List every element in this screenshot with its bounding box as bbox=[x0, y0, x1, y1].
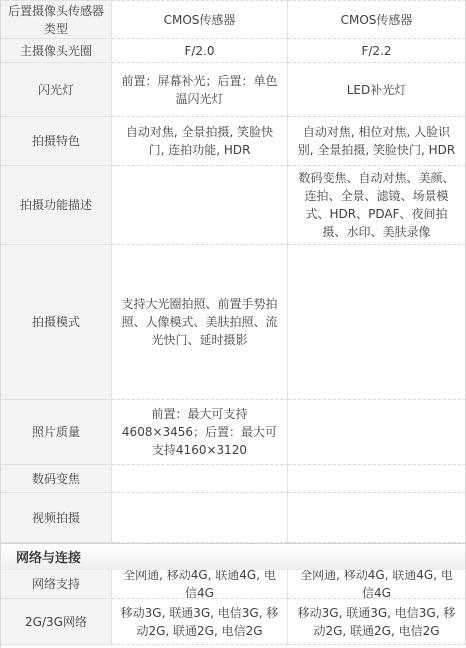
spec-comparison-table: 后置摄像头传感器类型 CMOS传感器 CMOS传感器 主摄像头光圈 F/2.0 … bbox=[0, 0, 466, 648]
row-label: 拍摄功能描述 bbox=[1, 166, 112, 245]
phone1-value: 支持大光圈拍照、前置手势拍照、人像模式、美肤拍照、流光快门、延时摄影 bbox=[112, 245, 288, 400]
phone1-value bbox=[112, 493, 288, 543]
phone2-value: CMOS传感器 bbox=[288, 0, 466, 39]
phone1-value: F/2.0 bbox=[112, 39, 288, 63]
phone2-value bbox=[288, 493, 466, 543]
row-label: 主摄像头光圈 bbox=[1, 39, 112, 63]
phone2-value bbox=[288, 400, 466, 465]
phone2-value bbox=[288, 245, 466, 400]
phone1-value: 全网通, 移动4G, 联通4G, 电信4G bbox=[112, 570, 288, 599]
table-row-photo-quality: 照片质量 前置：最大可支持4608×3456；后置：最大可支持4160×3120 bbox=[1, 400, 466, 465]
row-label: 拍摄特色 bbox=[1, 117, 112, 166]
row-label: 2G/3G网络 bbox=[1, 599, 112, 645]
table-row-shoot-modes: 拍摄模式 支持大光圈拍照、前置手势拍照、人像模式、美肤拍照、流光快门、延时摄影 bbox=[1, 245, 466, 400]
row-label: 拍摄模式 bbox=[1, 245, 112, 400]
phone1-value bbox=[112, 166, 288, 245]
phone1-value: 自动对焦, 全景拍摄, 笑脸快门, 连拍功能, HDR bbox=[112, 117, 288, 166]
table-row-shoot-function-desc: 拍摄功能描述 数码变焦、自动对焦、美颜、连拍、全景、滤镜、场景模式、HDR、PD… bbox=[1, 166, 466, 245]
phone1-value: 前置：屏幕补光；后置：单色温闪光灯 bbox=[112, 63, 288, 117]
table-row-sensor-type: 后置摄像头传感器类型 CMOS传感器 CMOS传感器 bbox=[1, 0, 466, 39]
row-label: 后置摄像头传感器类型 bbox=[1, 0, 112, 39]
phone2-value: F/2.2 bbox=[288, 39, 466, 63]
phone2-value: 数码变焦、自动对焦、美颜、连拍、全景、滤镜、场景模式、HDR、PDAF、夜间拍摄… bbox=[288, 166, 466, 245]
phone2-value bbox=[288, 465, 466, 493]
row-label: 网络支持 bbox=[1, 570, 112, 599]
table-row-flash: 闪光灯 前置：屏幕补光；后置：单色温闪光灯 LED补光灯 bbox=[1, 63, 466, 117]
table-row-aperture: 主摄像头光圈 F/2.0 F/2.2 bbox=[1, 39, 466, 63]
phone2-value: 移动3G, 联通3G, 电信3G, 移动2G, 联通2G, 电信2G bbox=[288, 599, 466, 645]
phone1-value bbox=[112, 465, 288, 493]
row-label: 照片质量 bbox=[1, 400, 112, 465]
section-header-network: 网络与连接 bbox=[1, 543, 466, 570]
table-row-2g3g-network: 2G/3G网络 移动3G, 联通3G, 电信3G, 移动2G, 联通2G, 电信… bbox=[1, 599, 466, 645]
row-label: 闪光灯 bbox=[1, 63, 112, 117]
row-label: 视频拍摄 bbox=[1, 493, 112, 543]
phone2-value: 全网通, 移动4G, 联通4G, 电信4G bbox=[288, 570, 466, 599]
phone1-value: 前置：最大可支持4608×3456；后置：最大可支持4160×3120 bbox=[112, 400, 288, 465]
table-row-video-recording: 视频拍摄 bbox=[1, 493, 466, 543]
phone1-value: 移动3G, 联通3G, 电信3G, 移动2G, 联通2G, 电信2G bbox=[112, 599, 288, 645]
phone2-value: 自动对焦, 相位对焦, 人脸识别, 全景拍摄, 笑脸快门, HDR bbox=[288, 117, 466, 166]
table-row-digital-zoom: 数码变焦 bbox=[1, 465, 466, 493]
table-row-network-support: 网络支持 全网通, 移动4G, 联通4G, 电信4G 全网通, 移动4G, 联通… bbox=[1, 570, 466, 599]
table-row-shoot-features: 拍摄特色 自动对焦, 全景拍摄, 笑脸快门, 连拍功能, HDR 自动对焦, 相… bbox=[1, 117, 466, 166]
phone1-value: CMOS传感器 bbox=[112, 0, 288, 39]
phone2-value: LED补光灯 bbox=[288, 63, 466, 117]
row-label: 数码变焦 bbox=[1, 465, 112, 493]
